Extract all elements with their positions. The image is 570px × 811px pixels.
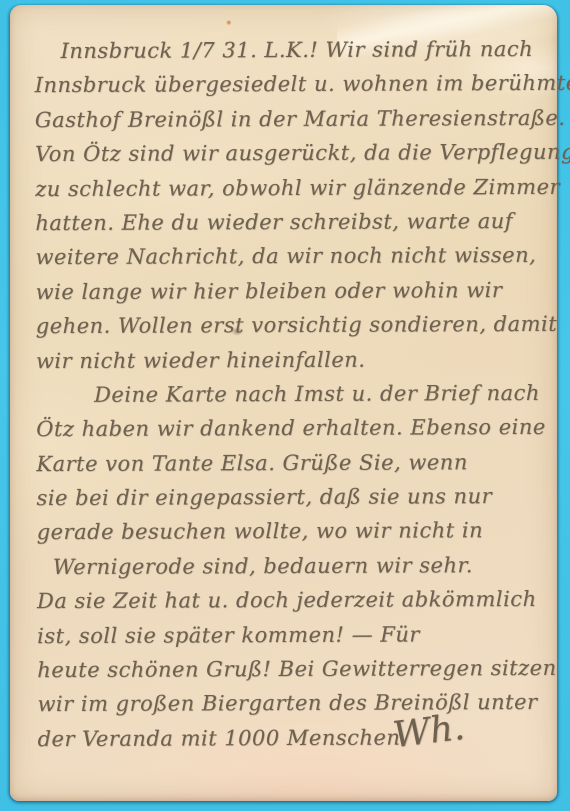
- handwritten-line: Karte von Tante Elsa. Grüße Sie, wenn: [36, 445, 543, 482]
- handwritten-line: ist, soll sie später kommen! — Für: [37, 617, 544, 654]
- handwritten-line: hatten. Ehe du wieder schreibst, warte a…: [35, 204, 542, 241]
- handwritten-line: zu schlecht war, obwohl wir glänzende Zi…: [35, 169, 542, 206]
- handwritten-line: wie lange wir hier bleiben oder wohin wi…: [36, 273, 543, 310]
- signature: Wh.: [391, 707, 467, 756]
- handwritten-line: Da sie Zeit hat u. doch jederzeit abkömm…: [37, 582, 544, 619]
- handwritten-line: Innsbruck übergesiedelt u. wohnen im ber…: [35, 66, 542, 103]
- handwritten-line: der Veranda mit 1000 Menschen.: [37, 720, 544, 757]
- handwritten-line: wir nicht wieder hineinfallen.: [36, 341, 543, 378]
- handwritten-line: Innsbruck 1/7 31. L.K.! Wir sind früh na…: [60, 32, 541, 68]
- handwritten-line: gehen. Wollen erst vorsichtig sondieren,…: [36, 307, 543, 344]
- handwritten-line: Von Ötz sind wir ausgerückt, da die Verp…: [35, 135, 542, 172]
- handwritten-line: Ötz haben wir dankend erhalten. Ebenso e…: [36, 410, 543, 447]
- handwritten-line: weitere Nachricht, da wir noch nicht wis…: [35, 238, 542, 275]
- handwriting-block: Innsbruck 1/7 31. L.K.! Wir sind früh na…: [34, 4, 544, 756]
- postcard: Innsbruck 1/7 31. L.K.! Wir sind früh na…: [10, 5, 557, 801]
- handwritten-line: wir im großen Biergarten des Breinößl un…: [37, 685, 544, 722]
- handwritten-line: Deine Karte nach Imst u. der Brief nach: [94, 376, 543, 412]
- handwritten-line: gerade besuchen wollte, wo wir nicht in: [37, 513, 544, 550]
- handwritten-line: sie bei dir eingepassiert, daß sie uns n…: [36, 479, 543, 516]
- handwritten-line: Gasthof Breinößl in der Maria Theresiens…: [35, 101, 542, 138]
- handwritten-line: heute schönen Gruß! Bei Gewitterregen si…: [37, 651, 544, 688]
- handwritten-line: Wernigerode sind, bedauern wir sehr.: [53, 548, 544, 585]
- scan-background: Innsbruck 1/7 31. L.K.! Wir sind früh na…: [0, 0, 570, 811]
